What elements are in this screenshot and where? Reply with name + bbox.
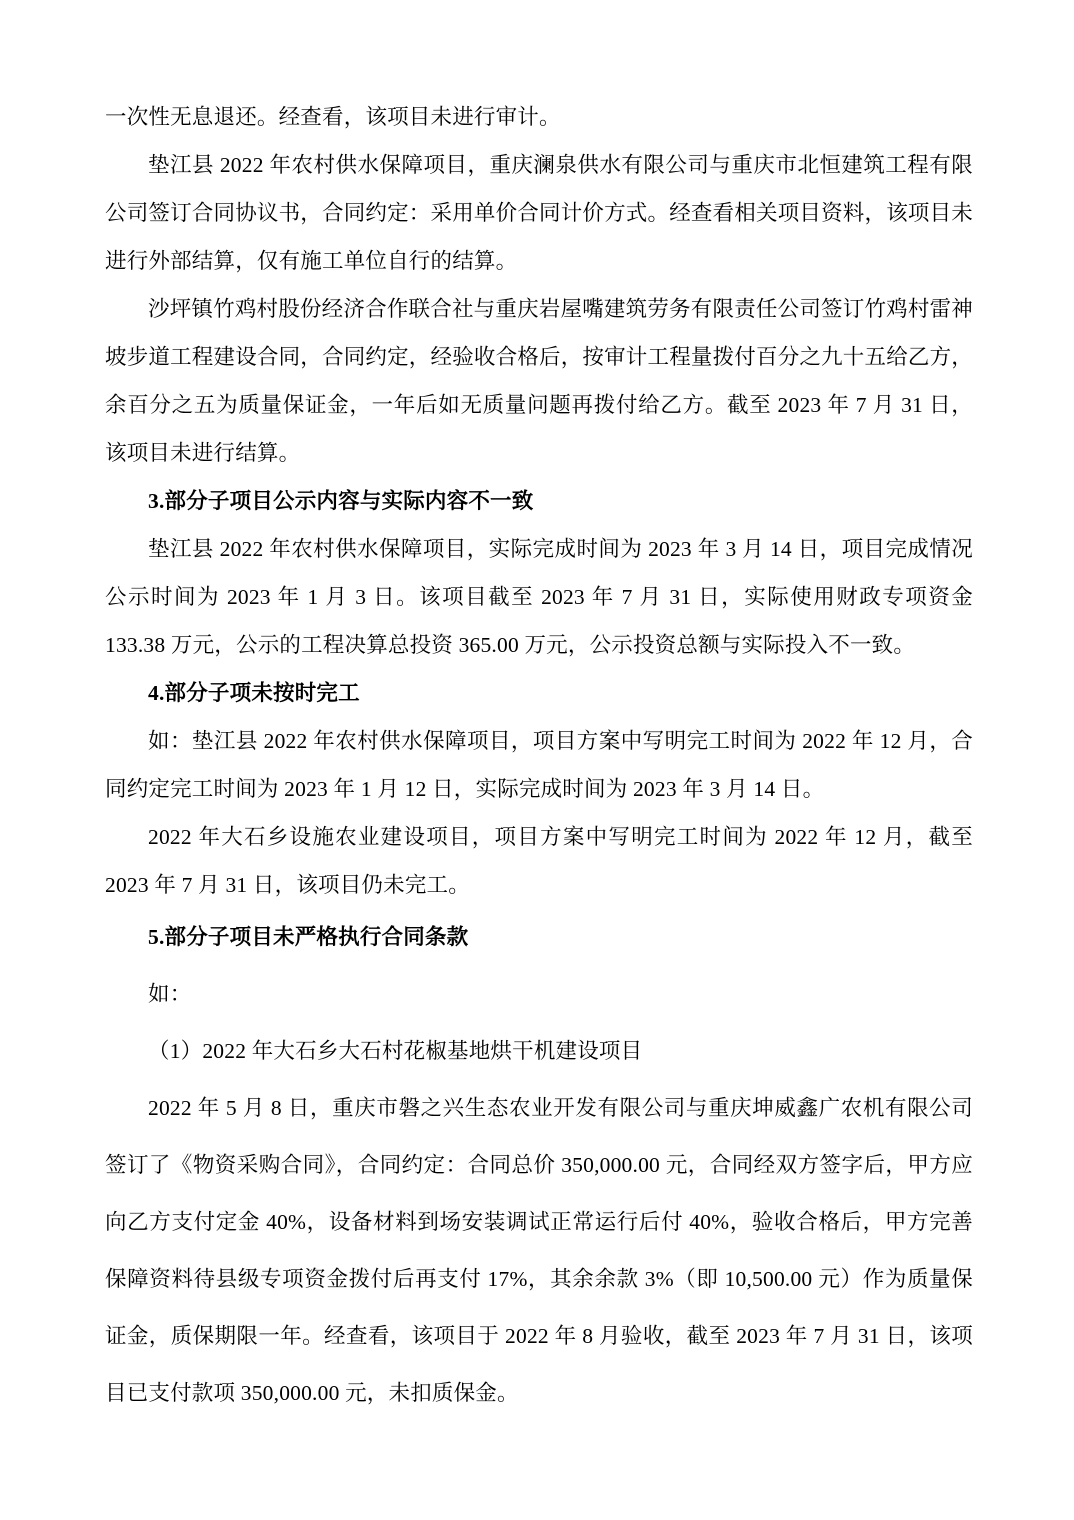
paragraph: 垫江县 2022 年农村供水保障项目，重庆澜泉供水有限公司与重庆市北恒建筑工程有… [105, 141, 973, 285]
paragraph: 如： [105, 966, 973, 1023]
section-heading: 4.部分子项未按时完工 [105, 669, 973, 717]
paragraph: （1）2022 年大石乡大石村花椒基地烘干机建设项目 [105, 1023, 973, 1080]
paragraph: 如：垫江县 2022 年农村供水保障项目，项目方案中写明完工时间为 2022 年… [105, 717, 973, 813]
paragraph: 一次性无息退还。经查看，该项目未进行审计。 [105, 93, 973, 141]
section-heading: 3.部分子项目公示内容与实际内容不一致 [105, 477, 973, 525]
paragraph: 沙坪镇竹鸡村股份经济合作联合社与重庆岩屋嘴建筑劳务有限责任公司签订竹鸡村雷神坡步… [105, 285, 973, 477]
section-heading: 5.部分子项目未严格执行合同条款 [105, 909, 973, 966]
paragraph: 2022 年 5 月 8 日，重庆市磐之兴生态农业开发有限公司与重庆坤威鑫广农机… [105, 1080, 973, 1422]
paragraph: 2022 年大石乡设施农业建设项目，项目方案中写明完工时间为 2022 年 12… [105, 813, 973, 909]
paragraph: 垫江县 2022 年农村供水保障项目，实际完成时间为 2023 年 3 月 14… [105, 525, 973, 669]
document-page: 一次性无息退还。经查看，该项目未进行审计。 垫江县 2022 年农村供水保障项目… [0, 0, 1074, 1520]
